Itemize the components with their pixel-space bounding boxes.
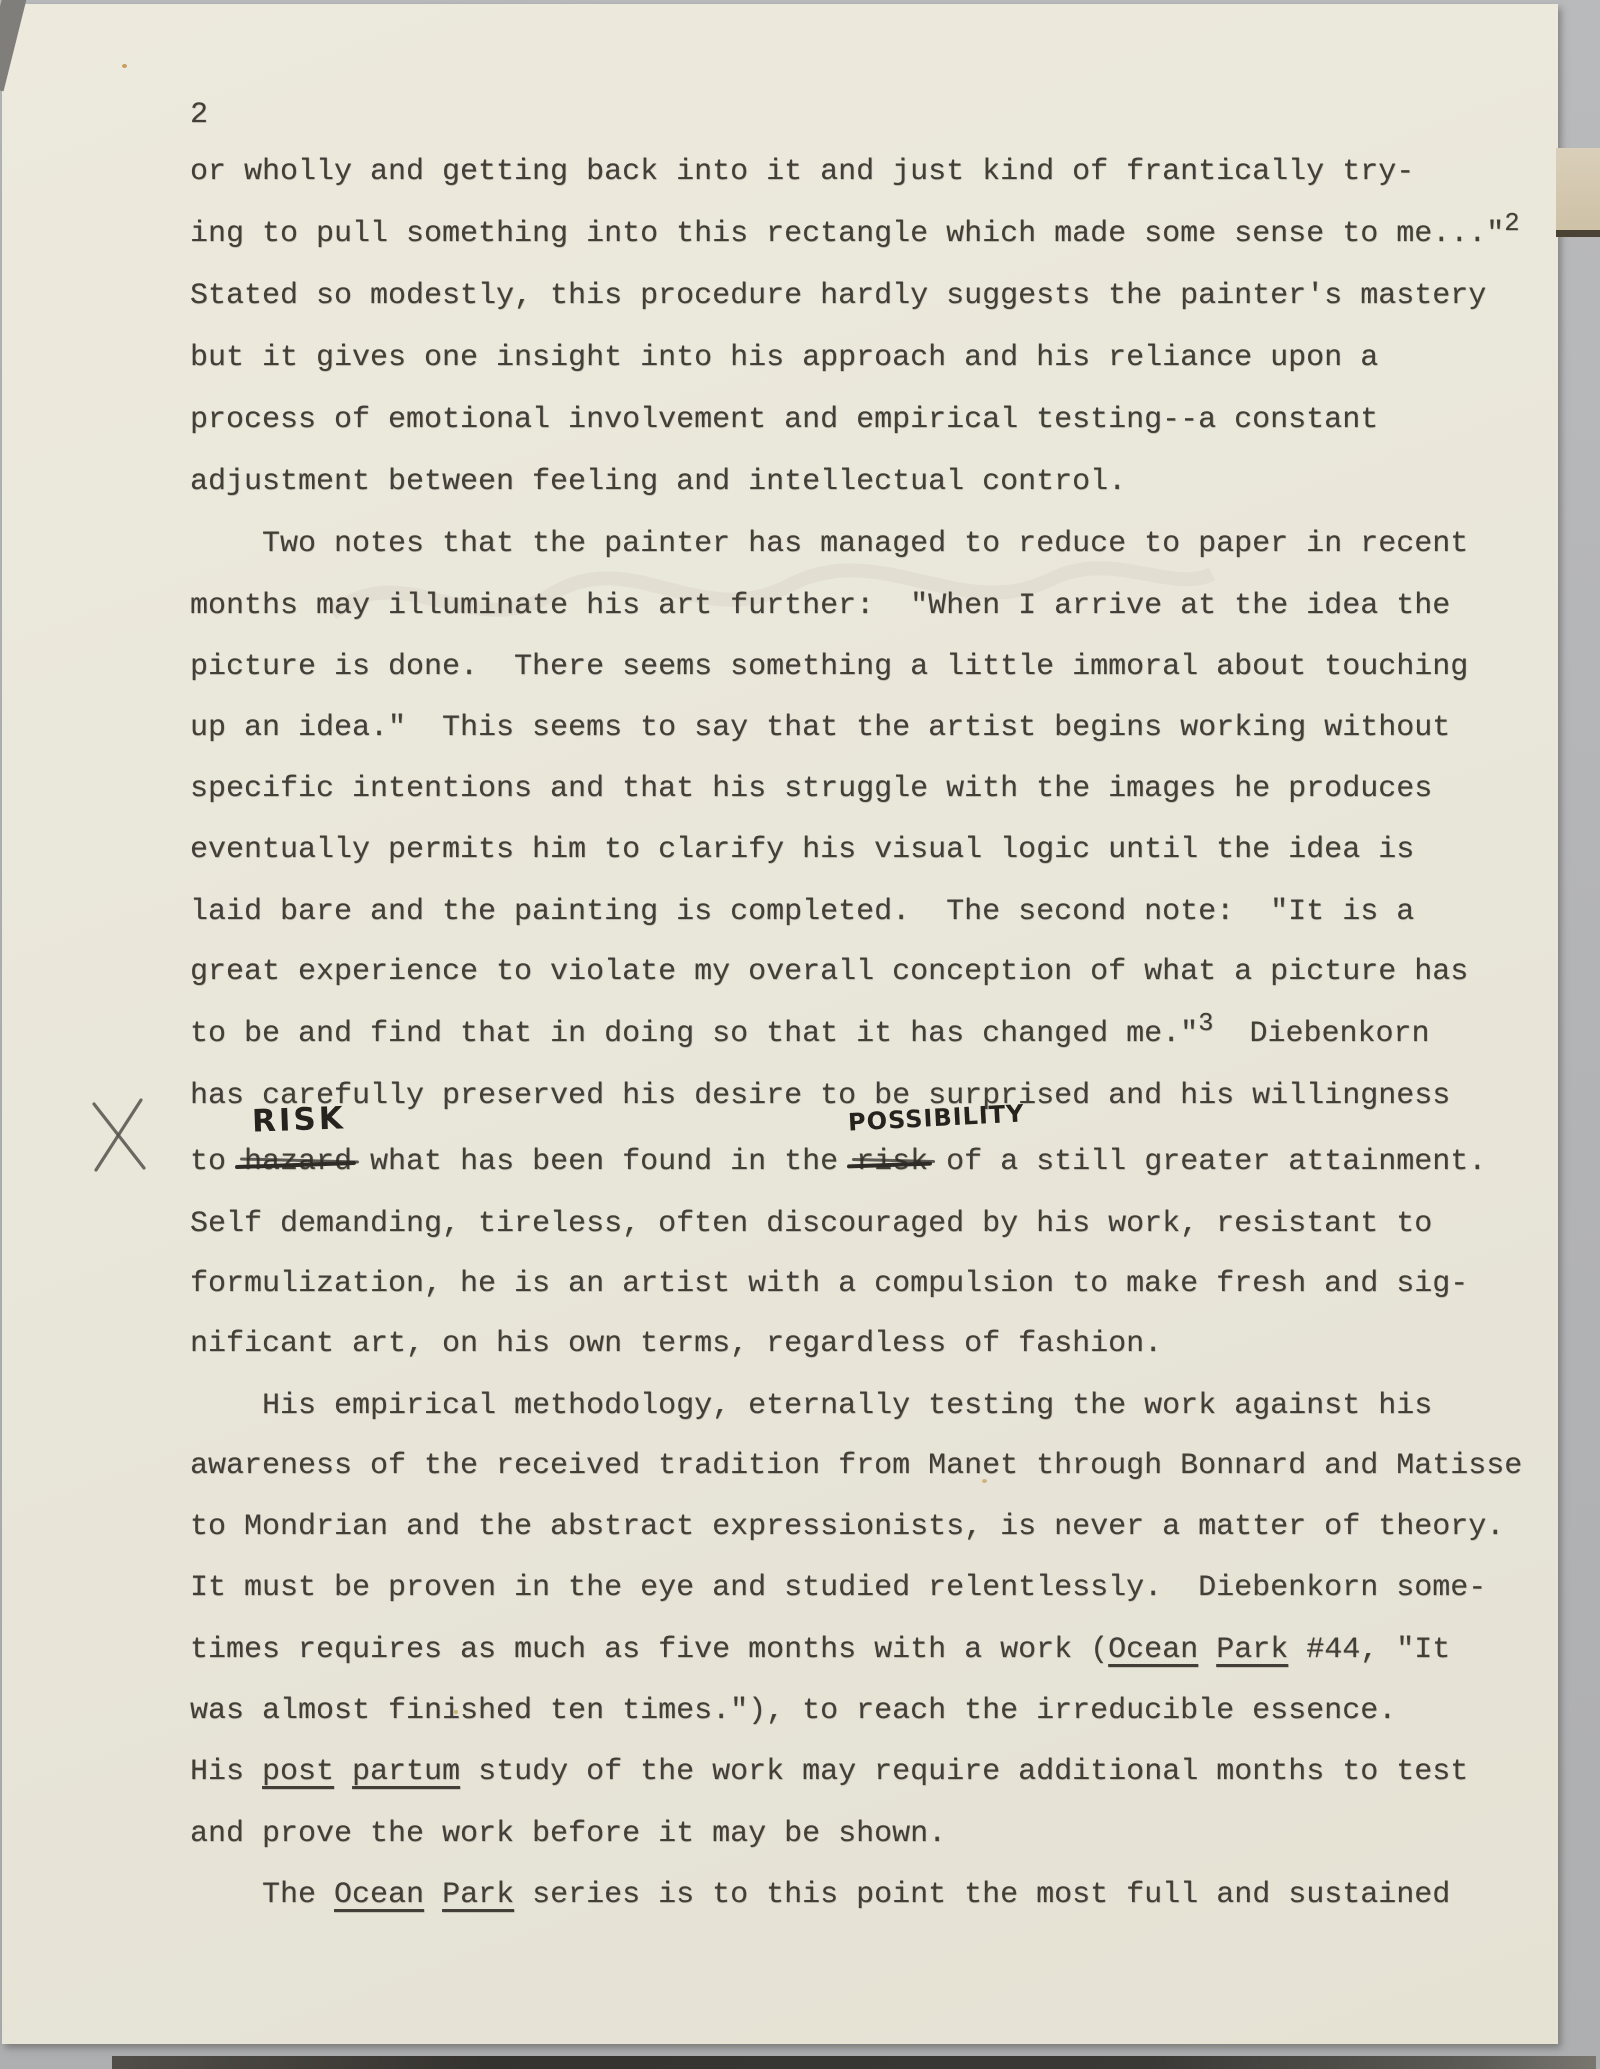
underlined-text: Park	[442, 1878, 514, 1912]
typed-line: awareness of the received tradition from…	[190, 1435, 1522, 1497]
handwritten-correction-risk: RISK	[251, 1100, 346, 1139]
typed-line: or wholly and getting back into it and j…	[190, 141, 1414, 203]
typed-line: adjustment between feeling and intellect…	[190, 451, 1126, 513]
paper-speck	[122, 64, 127, 68]
typed-line: to hazard what has been found in the ris…	[190, 1131, 1486, 1193]
typed-line: eventually permits him to clarify his vi…	[190, 819, 1414, 881]
typed-line: but it gives one insight into his approa…	[190, 327, 1378, 389]
typed-line: Self demanding, tireless, often discoura…	[190, 1193, 1432, 1255]
footnote-marker: 3	[1198, 1009, 1213, 1038]
ink-bleed-ghost	[322, 524, 1222, 684]
typed-line: process of emotional involvement and emp…	[190, 389, 1378, 451]
typed-text-block: or wholly and getting back into it and j…	[190, 4, 1560, 2044]
underlined-text: post	[262, 1755, 334, 1789]
typed-line: It must be proven in the eye and studied…	[190, 1557, 1486, 1619]
typed-line: laid bare and the painting is completed.…	[190, 881, 1414, 943]
adjacent-page-fragment-edge	[1556, 230, 1600, 237]
adjacent-page-fragment	[1556, 148, 1600, 232]
typed-line: to be and find that in doing so that it …	[190, 1003, 1430, 1066]
typed-line: specific intentions and that his struggl…	[190, 758, 1432, 820]
paper-speck	[982, 1479, 987, 1483]
typed-line: ing to pull something into this rectangl…	[190, 203, 1520, 266]
handwritten-x-mark	[86, 1096, 156, 1176]
scan-bottom-shadow	[112, 2056, 1596, 2069]
typed-line: times requires as much as five months wi…	[190, 1619, 1450, 1681]
typed-line: up an idea." This seems to say that the …	[190, 697, 1450, 759]
typed-line: and prove the work before it may be show…	[190, 1803, 946, 1865]
underlined-text: Ocean	[334, 1878, 424, 1912]
typed-line: great experience to violate my overall c…	[190, 941, 1468, 1003]
paper-sheet: 2 or wholly and getting back into it and…	[2, 4, 1558, 2044]
typed-line: The Ocean Park series is to this point t…	[190, 1864, 1450, 1926]
typed-line: His empirical methodology, eternally tes…	[190, 1375, 1432, 1437]
underlined-text: Park	[1216, 1633, 1288, 1667]
underlined-text: Ocean	[1108, 1633, 1198, 1667]
typed-line: nificant art, on his own terms, regardle…	[190, 1313, 1162, 1375]
paper-speck	[454, 1710, 458, 1714]
typed-line: was almost finished ten times."), to rea…	[190, 1680, 1396, 1742]
footnote-marker: 2	[1504, 209, 1519, 238]
typed-line: has carefully preserved his desire to be…	[190, 1065, 1450, 1127]
typed-line: formulization, he is an artist with a co…	[190, 1253, 1468, 1315]
typed-line: to Mondrian and the abstract expressioni…	[190, 1496, 1504, 1558]
typed-line: Stated so modestly, this procedure hardl…	[190, 265, 1486, 327]
struck-out-word: hazard	[244, 1145, 352, 1179]
struck-out-word: risk	[856, 1145, 928, 1179]
typed-line: His post partum study of the work may re…	[190, 1741, 1468, 1803]
underlined-text: partum	[352, 1755, 460, 1789]
